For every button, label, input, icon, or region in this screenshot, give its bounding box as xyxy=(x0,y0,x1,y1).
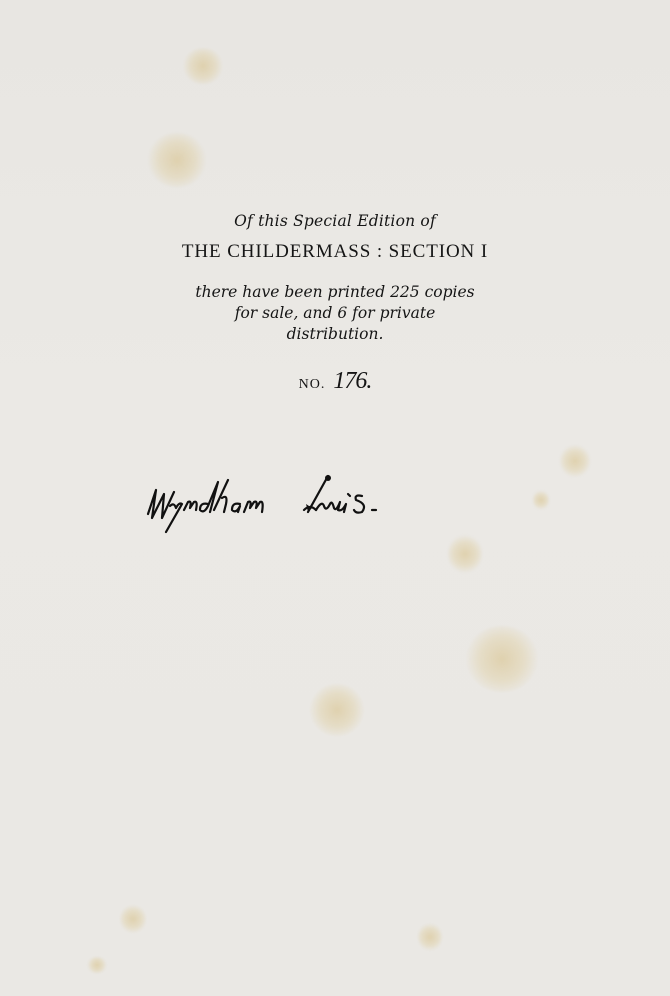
edition-statement-line: distribution. xyxy=(0,324,670,345)
foxing-spot xyxy=(418,923,442,951)
book-title: THE CHILDERMASS : SECTION I xyxy=(0,241,670,263)
foxing-spot xyxy=(533,490,549,510)
copy-number-label: NO. xyxy=(299,377,326,392)
foxing-spot xyxy=(87,957,107,973)
foxing-spot xyxy=(148,133,206,187)
edition-statement-line: for sale, and 6 for private xyxy=(0,303,670,324)
foxing-spot xyxy=(448,535,482,573)
author-signature: Wyndham Lewis. xyxy=(144,474,434,544)
foxing-spot xyxy=(560,445,590,477)
edition-intro: Of this Special Edition of xyxy=(0,212,670,230)
foxing-spot xyxy=(466,626,538,692)
foxing-spot xyxy=(183,48,223,84)
foxing-spot xyxy=(120,905,146,933)
copy-number-value: 176. xyxy=(333,368,371,394)
foxing-spot xyxy=(310,684,364,736)
edition-statement-line: there have been printed 225 copies xyxy=(0,282,670,303)
copy-number: NO. 176. xyxy=(0,368,670,395)
edition-statement: there have been printed 225 copies for s… xyxy=(0,282,670,345)
limitation-page: Of this Special Edition of THE CHILDERMA… xyxy=(0,0,670,996)
